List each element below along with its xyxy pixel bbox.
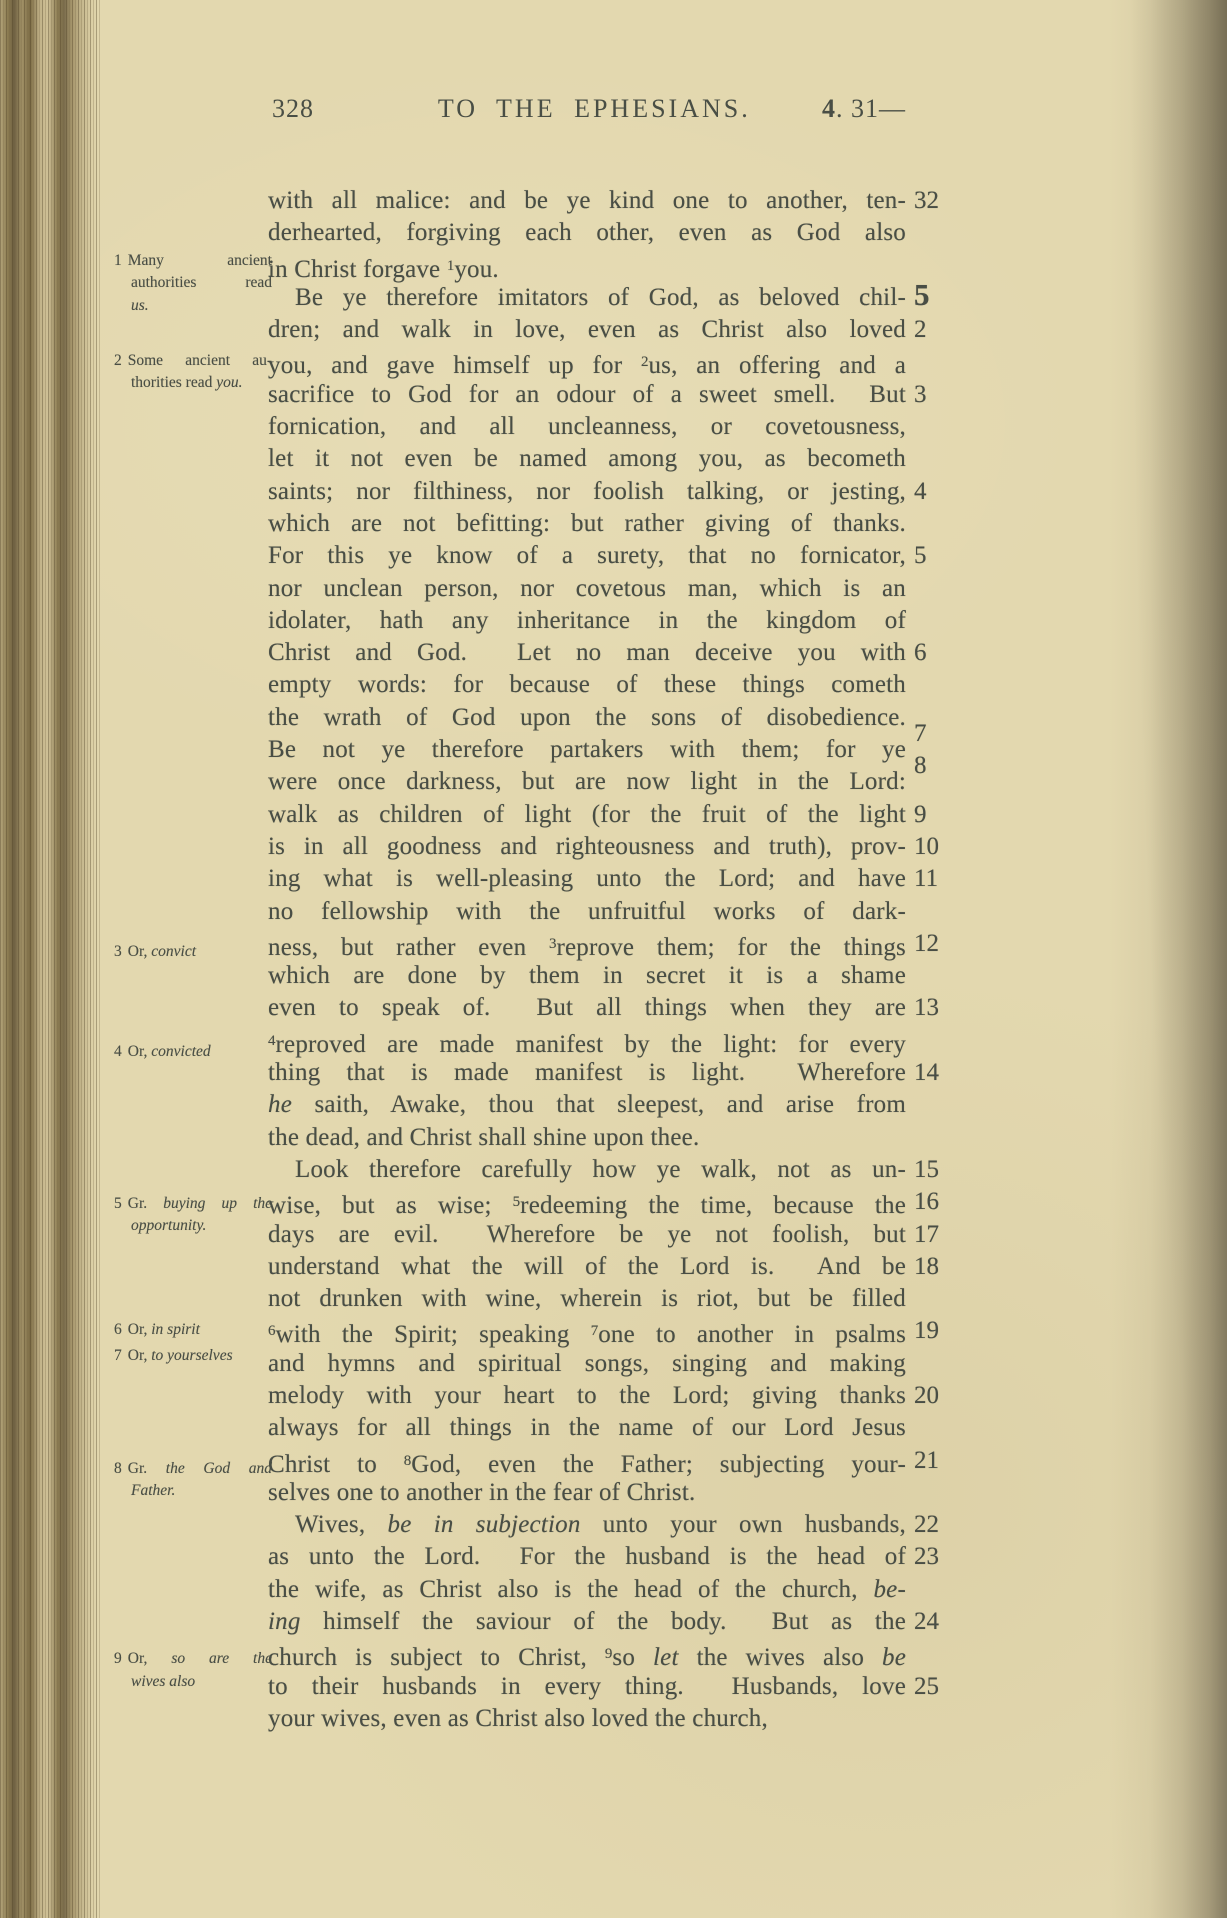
verse-reference-rest: . 31— (836, 94, 906, 123)
margin-note-line: authorities read (114, 272, 272, 295)
text-line: were once darkness, but are now light in… (268, 766, 906, 798)
verse-number: 20 (914, 1380, 964, 1412)
verse-reference-chapter: 4 (822, 94, 836, 123)
margin-note-number: 7 (114, 1347, 122, 1364)
text-line: days are evil. Wherefore be ye not fooli… (268, 1219, 906, 1251)
verse-number: 11 (914, 863, 964, 895)
footnote-ref: 2 (641, 354, 649, 370)
margin-note-line: 5Gr. buying up the (114, 1193, 272, 1216)
text-line: the wrath of God upon the sons of disobe… (268, 702, 906, 734)
margin-note: 1Many ancientauthorities readus. (114, 250, 272, 318)
text-line: you, and gave himself up for 2us, an off… (268, 346, 906, 378)
text-line: ing himself the saviour of the body. But… (268, 1606, 906, 1638)
text-line: your wives, even as Christ also loved th… (268, 1703, 906, 1735)
text-line: ing what is well-pleasing unto the Lord;… (268, 863, 906, 895)
verse-number: 18 (914, 1251, 964, 1283)
text-line: the dead, and Christ shall shine upon th… (268, 1122, 906, 1154)
text-line: the wife, as Christ also is the head of … (268, 1574, 906, 1606)
verse-number: 25 (914, 1671, 964, 1703)
text-line: thing that is made manifest is light. Wh… (268, 1057, 906, 1089)
margin-note-number: 5 (114, 1195, 122, 1212)
margin-note-line: wives also (114, 1671, 272, 1694)
footnote-ref: 5 (513, 1194, 521, 1210)
margin-note-line: 7Or, to yourselves (114, 1345, 272, 1368)
margin-notes: 1Many ancientauthorities readus.2Some an… (114, 0, 272, 1918)
verse-number: 21 (914, 1445, 964, 1477)
text-line: Be not ye therefore partakers with them;… (268, 734, 906, 766)
footnote-ref: 1 (447, 258, 455, 274)
margin-note-line: Father. (114, 1480, 272, 1503)
margin-note: 2Some ancient au-thorities read you. (114, 350, 272, 395)
margin-note-line: 8Gr. the God and (114, 1458, 272, 1481)
running-title: TO THE EPHESIANS. (438, 92, 751, 126)
text-line: For this ye know of a surety, that no fo… (268, 540, 906, 572)
verse-reference: 4. 31— (822, 92, 906, 126)
text-line: and hymns and spiritual songs, singing a… (268, 1348, 906, 1380)
text-line: in Christ forgave 1you. (268, 250, 906, 282)
text-line: idolater, hath any inheritance in the ki… (268, 605, 906, 637)
verse-number: 10 (914, 831, 964, 863)
verse-number: 6 (914, 637, 964, 669)
text-line: derhearted, forgiving each other, even a… (268, 217, 906, 249)
text-line: Christ and God. Let no man deceive you w… (268, 637, 906, 669)
verse-number: 13 (914, 992, 964, 1024)
text-line: ness, but rather even 3reprove them; for… (268, 928, 906, 960)
margin-note-line: thorities read you. (114, 372, 272, 395)
text-line: nor unclean person, nor covetous man, wh… (268, 573, 906, 605)
verse-number: 8 (914, 750, 964, 782)
text-line: understand what the will of the Lord is.… (268, 1251, 906, 1283)
text-line: he saith, Awake, thou that sleepest, and… (268, 1089, 906, 1121)
text-line: as unto the Lord. For the husband is the… (268, 1541, 906, 1573)
text-line: is in all goodness and righteousness and… (268, 831, 906, 863)
verse-number: 19 (914, 1315, 964, 1347)
body-text: with all malice: and be ye kind one to a… (268, 185, 906, 1735)
text-line: 4reproved are made manifest by the light… (268, 1025, 906, 1057)
verse-number: 24 (914, 1606, 964, 1638)
text-line: saints; nor filthiness, nor foolish talk… (268, 476, 906, 508)
text-line: walk as children of light (for the fruit… (268, 799, 906, 831)
page-number: 328 (272, 92, 314, 126)
verse-number: 2 (914, 314, 964, 346)
chapter-number: 5 (914, 279, 964, 311)
margin-note: 6Or, in spirit (114, 1319, 272, 1342)
book-binding-edge (0, 0, 100, 1918)
scanned-book-page: 328 TO THE EPHESIANS. 4. 31— 1Many ancie… (0, 0, 1227, 1918)
page-header: 328 TO THE EPHESIANS. 4. 31— (268, 92, 908, 126)
text-line: no fellowship with the unfruitful works … (268, 896, 906, 928)
verse-number: 9 (914, 799, 964, 831)
verse-number: 7 (914, 718, 964, 750)
margin-note-line: 2Some ancient au- (114, 350, 272, 373)
margin-note-line: opportunity. (114, 1215, 272, 1238)
text-line: melody with your heart to the Lord; givi… (268, 1380, 906, 1412)
text-line: selves one to another in the fear of Chr… (268, 1477, 906, 1509)
verse-number: 14 (914, 1057, 964, 1089)
verse-number: 23 (914, 1541, 964, 1573)
verse-number: 22 (914, 1509, 964, 1541)
verse-number: 32 (914, 185, 964, 217)
text-line: Wives, be in subjection unto your own hu… (268, 1509, 906, 1541)
text-line: 6with the Spirit; speaking 7one to anoth… (268, 1315, 906, 1347)
margin-note: 9Or, so are thewives also (114, 1648, 272, 1693)
verse-number: 16 (914, 1186, 964, 1218)
verse-number: 5 (914, 540, 964, 572)
footnote-ref: 7 (591, 1323, 599, 1339)
page-edge-shadow (1109, 0, 1227, 1918)
text-line: fornication, and all uncleanness, or cov… (268, 411, 906, 443)
margin-note: 4Or, convicted (114, 1041, 272, 1064)
margin-note-line: 9Or, so are the (114, 1648, 272, 1671)
footnote-ref: 8 (404, 1453, 412, 1469)
text-line: even to speak of. But all things when th… (268, 992, 906, 1024)
margin-note-line: 6Or, in spirit (114, 1319, 272, 1342)
margin-note: 5Gr. buying up theopportunity. (114, 1193, 272, 1238)
verse-number: 15 (914, 1154, 964, 1186)
text-line: with all malice: and be ye kind one to a… (268, 185, 906, 217)
text-line: Look therefore carefully how ye walk, no… (268, 1154, 906, 1186)
margin-note-number: 8 (114, 1460, 122, 1477)
text-line: to their husbands in every thing. Husban… (268, 1671, 906, 1703)
text-line: which are done by them in secret it is a… (268, 960, 906, 992)
text-line: wise, but as wise; 5redeeming the time, … (268, 1186, 906, 1218)
text-line: empty words: for because of these things… (268, 669, 906, 701)
text-line: Christ to 8God, even the Father; subject… (268, 1445, 906, 1477)
margin-note-number: 1 (114, 252, 122, 269)
verse-number: 12 (914, 928, 964, 960)
text-line: church is subject to Christ, 9so let the… (268, 1638, 906, 1670)
footnote-ref: 6 (268, 1323, 276, 1339)
margin-note-line: 4Or, convicted (114, 1041, 272, 1064)
margin-note-number: 4 (114, 1043, 122, 1060)
footnote-ref: 3 (549, 936, 557, 952)
text-line: always for all things in the name of our… (268, 1412, 906, 1444)
margin-note-line: 3Or, convict (114, 941, 272, 964)
margin-note: 7Or, to yourselves (114, 1345, 272, 1368)
text-line: let it not even be named among you, as b… (268, 443, 906, 475)
text-line: sacrifice to God for an odour of a sweet… (268, 379, 906, 411)
text-line: dren; and walk in love, even as Christ a… (268, 314, 906, 346)
footnote-ref: 4 (268, 1033, 276, 1049)
margin-note-line: 1Many ancient (114, 250, 272, 273)
margin-note-number: 3 (114, 943, 122, 960)
text-line: which are not befitting: but rather givi… (268, 508, 906, 540)
text-line: not drunken with wine, wherein is riot, … (268, 1283, 906, 1315)
text-line: Be ye therefore imitators of God, as bel… (268, 282, 906, 314)
margin-note-number: 6 (114, 1321, 122, 1338)
margin-note-number: 9 (114, 1650, 122, 1667)
margin-note-number: 2 (114, 352, 122, 369)
verse-number: 3 (914, 379, 964, 411)
verse-number: 4 (914, 476, 964, 508)
margin-note-line: us. (114, 295, 272, 318)
footnote-ref: 9 (605, 1646, 613, 1662)
margin-note: 3Or, convict (114, 941, 272, 964)
margin-note: 8Gr. the God andFather. (114, 1458, 272, 1503)
verse-number: 17 (914, 1219, 964, 1251)
